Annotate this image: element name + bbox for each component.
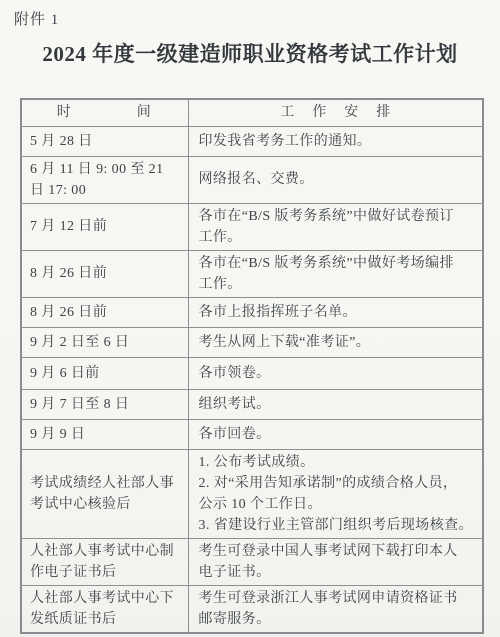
col-header-time: 时 间 [21, 99, 188, 126]
task-cell: 各市领卷。 [188, 357, 483, 389]
table-row: 9 月 7 日至 8 日 组织考试。 [21, 389, 483, 419]
task-cell: 考生可登录浙江人事考试网申请资格证书 邮寄服务。 [188, 585, 483, 633]
task-cell: 考生从网上下载“准考证”。 [188, 327, 483, 357]
attachment-label: 附件 1 [14, 8, 59, 29]
table-row: 9 月 9 日 各市回卷。 [21, 419, 483, 449]
table-row: 5 月 28 日 印发我省考务工作的通知。 [21, 126, 483, 156]
time-cell: 8 月 26 日前 [21, 297, 188, 327]
time-cell: 7 月 12 日前 [21, 203, 188, 250]
schedule-table: 时 间 工 作 安 排 5 月 28 日 印发我省考务工作的通知。 6 月 11… [20, 98, 484, 634]
task-cell: 组织考试。 [188, 389, 483, 419]
table-row: 6 月 11 日 9: 00 至 21 日 17: 00 网络报名、交费。 [21, 156, 483, 203]
task-cell: 网络报名、交费。 [188, 156, 483, 203]
task-cell: 考生可登录中国人事考试网下载打印本人 电子证书。 [188, 538, 483, 585]
time-cell: 5 月 28 日 [21, 126, 188, 156]
time-cell: 9 月 7 日至 8 日 [21, 389, 188, 419]
table-row: 人社部人事考试中心下 发纸质证书后 考生可登录浙江人事考试网申请资格证书 邮寄服… [21, 585, 483, 633]
task-cell: 各市回卷。 [188, 419, 483, 449]
table-row: 9 月 6 日前 各市领卷。 [21, 357, 483, 389]
table-row: 8 月 26 日前 各市上报指挥班子名单。 [21, 297, 483, 327]
time-cell: 人社部人事考试中心下 发纸质证书后 [21, 585, 188, 633]
table-row: 人社部人事考试中心制 作电子证书后 考生可登录中国人事考试网下载打印本人 电子证… [21, 538, 483, 585]
table-header-row: 时 间 工 作 安 排 [21, 99, 483, 126]
table-row: 8 月 26 日前 各市在“B/S 版考务系统”中做好考场编排 工作。 [21, 250, 483, 297]
time-cell: 8 月 26 日前 [21, 250, 188, 297]
table-row: 考试成绩经人社部人事 考试中心核验后 1. 公布考试成绩。 2. 对“采用告知承… [21, 449, 483, 538]
time-cell: 9 月 2 日至 6 日 [21, 327, 188, 357]
time-cell: 6 月 11 日 9: 00 至 21 日 17: 00 [21, 156, 188, 203]
task-cell: 印发我省考务工作的通知。 [188, 126, 483, 156]
task-cell: 各市在“B/S 版考务系统”中做好试卷预订 工作。 [188, 203, 483, 250]
time-cell: 人社部人事考试中心制 作电子证书后 [21, 538, 188, 585]
task-cell: 各市在“B/S 版考务系统”中做好考场编排 工作。 [188, 250, 483, 297]
col-header-task: 工 作 安 排 [188, 99, 483, 126]
table-row: 7 月 12 日前 各市在“B/S 版考务系统”中做好试卷预订 工作。 [21, 203, 483, 250]
time-cell: 9 月 6 日前 [21, 357, 188, 389]
task-cell: 各市上报指挥班子名单。 [188, 297, 483, 327]
table-row: 9 月 2 日至 6 日 考生从网上下载“准考证”。 [21, 327, 483, 357]
task-cell: 1. 公布考试成绩。 2. 对“采用告知承诺制”的成绩合格人员， 公示 10 个… [188, 449, 483, 538]
time-cell: 考试成绩经人社部人事 考试中心核验后 [21, 449, 188, 538]
page-title: 2024 年度一级建造师职业资格考试工作计划 [0, 38, 500, 68]
time-cell: 9 月 9 日 [21, 419, 188, 449]
